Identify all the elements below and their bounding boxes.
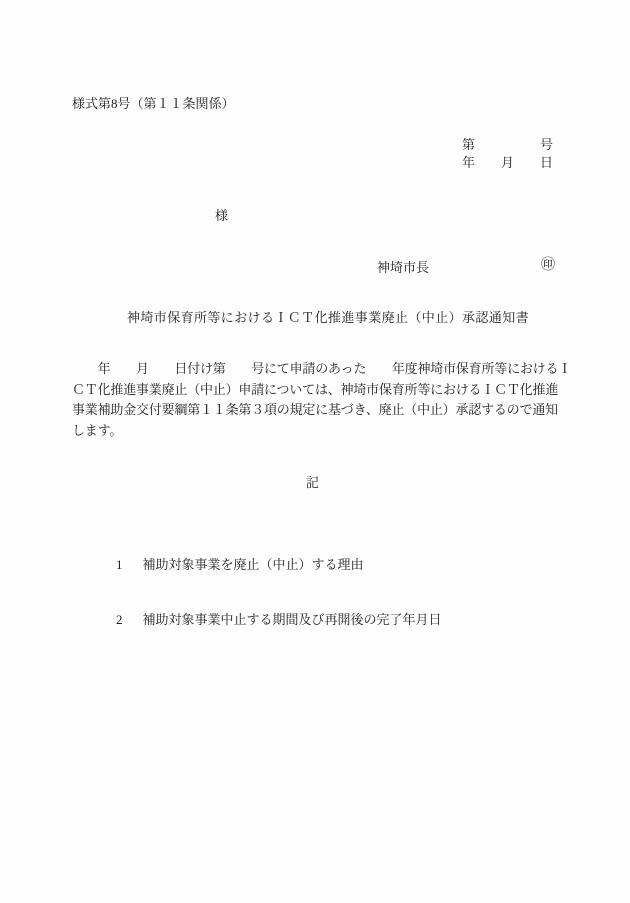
document-page: 様式第8号（第１１条関係） 第 号 年 月 日 様 神埼市長 ㊞ 神埼市保育所等… — [0, 0, 630, 903]
record-heading: 記 — [306, 476, 319, 489]
body-line: ＣＴ化推進事業廃止（中止）申請については、神埼市保育所等におけるＩＣＴ化推進 — [72, 380, 572, 401]
list-item: 2補助対象事業中止する期間及び再開後の完了年月日 — [103, 600, 442, 639]
list-item: 1補助対象事業を廃止（中止）する理由 — [103, 545, 364, 584]
document-number-line: 第 号 — [462, 138, 553, 151]
item-text: 補助対象事業中止する期間及び再開後の完了年月日 — [143, 612, 442, 627]
body-line: します。 — [72, 421, 572, 442]
seal-mark: ㊞ — [541, 259, 555, 273]
addressee-honorific: 様 — [215, 209, 228, 222]
item-number: 2 — [116, 613, 123, 626]
item-number: 1 — [116, 558, 123, 571]
body-paragraph: 年 月 日付け第 号にて申請のあった 年度神埼市保育所等におけるＩ ＣＴ化推進事… — [72, 359, 572, 441]
item-text: 補助対象事業を廃止（中止）する理由 — [143, 557, 364, 572]
document-title: 神埼市保育所等におけるＩＣＴ化推進事業廃止（中止）承認通知書 — [127, 311, 529, 324]
date-line: 年 月 日 — [462, 156, 553, 169]
form-number: 様式第8号（第１１条関係） — [72, 97, 235, 110]
sender-name: 神埼市長 — [377, 261, 429, 274]
body-line: 事業補助金交付要綱第１１条第３項の規定に基づき、廃止（中止）承認するので通知 — [72, 400, 572, 421]
body-line: 年 月 日付け第 号にて申請のあった 年度神埼市保育所等におけるＩ — [72, 359, 572, 380]
